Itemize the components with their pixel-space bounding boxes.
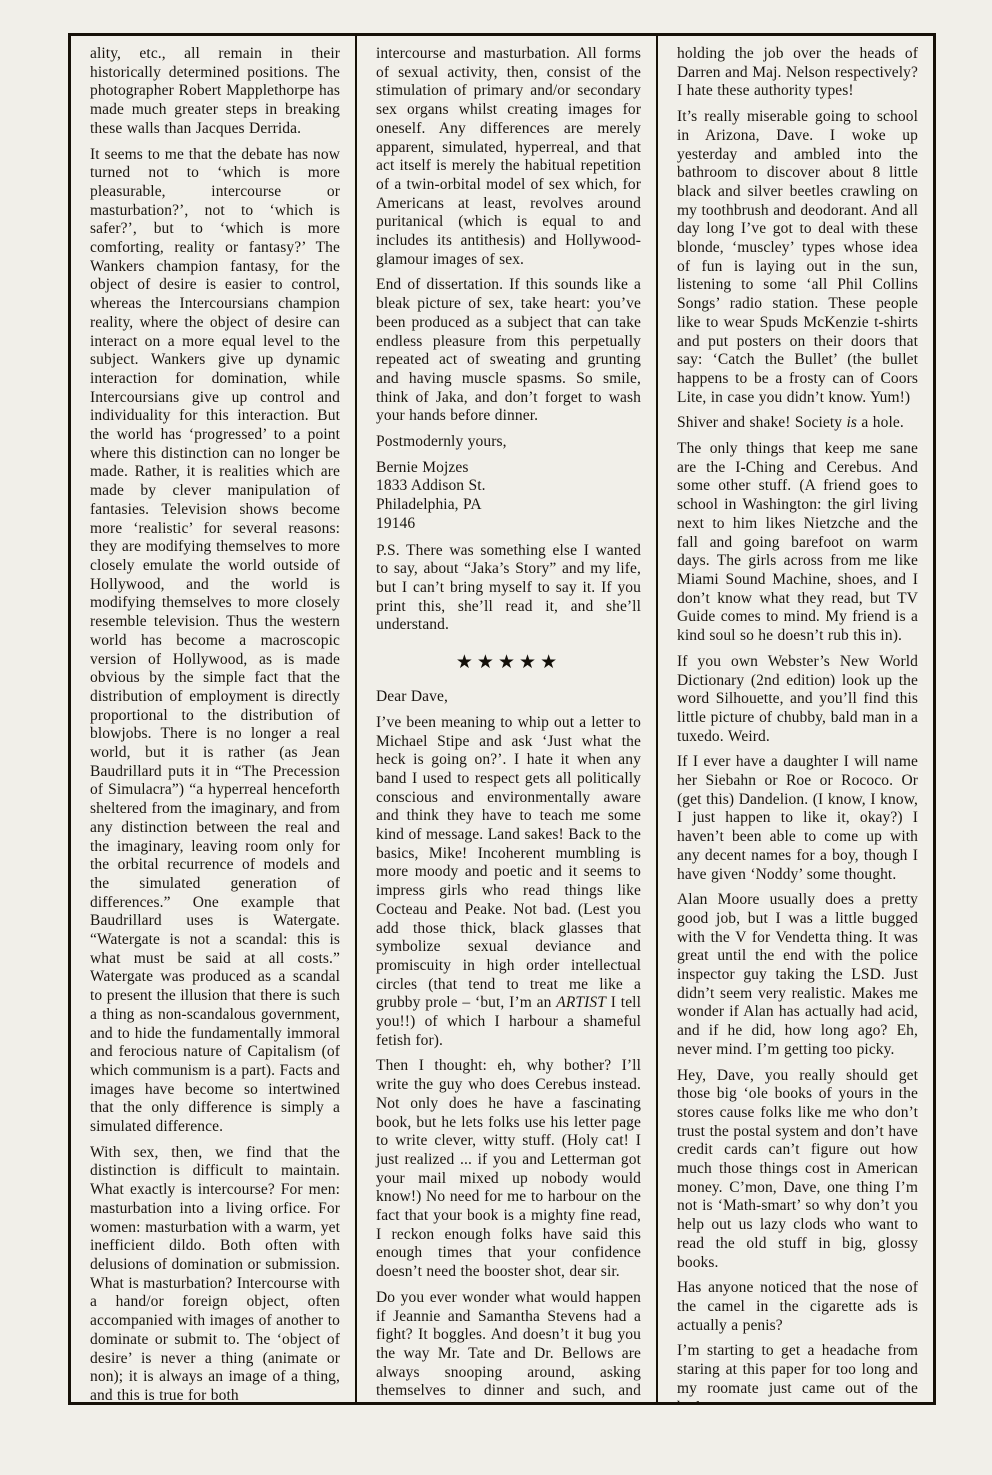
paragraph: If I ever have a daughter I will name he… (677, 753, 918, 884)
text-run: If I ever have a daughter I will name he… (677, 753, 918, 882)
paragraph: intercourse and masturbation. All forms … (376, 45, 641, 269)
text-run: If you own Webster’s New World Dictionar… (677, 653, 918, 745)
address-line: Bernie Mojzes (376, 459, 469, 476)
star-icon: ★ (540, 653, 561, 672)
column-2: intercourse and masturbation. All forms … (355, 36, 656, 1402)
paragraph: Hey, Dave, you really should get those b… (677, 1067, 918, 1273)
star-icon: ★ (498, 653, 519, 672)
paragraph: It’s really miserable going to school in… (677, 108, 918, 407)
text-run: ality, etc., all remain in their histori… (90, 45, 340, 137)
address-line: 19146 (376, 515, 415, 532)
address-line: Philadelphia, PA (376, 496, 482, 513)
paragraph: End of dissertation. If this sounds like… (376, 276, 641, 426)
text-run: Then I thought: eh, why bother? I’ll wri… (376, 1057, 641, 1280)
text-run: I’m starting to get a headache from star… (677, 1342, 918, 1402)
text-run: Postmodernly yours, (376, 433, 507, 450)
text-run: is (847, 414, 858, 431)
text-run: The only things that keep me sane are th… (677, 440, 918, 644)
paragraph: If you own Webster’s New World Dictionar… (677, 653, 918, 747)
scanned-letters-page: { "page": { "background_color": "#f1efe9… (0, 0, 992, 1475)
address-line: 1833 Addison St. (376, 477, 486, 494)
paragraph: I’ve been meaning to whip out a letter t… (376, 714, 641, 1051)
salutation: Dear Dave, (376, 688, 641, 707)
paragraph: The only things that keep me sane are th… (677, 440, 918, 646)
text-run: Do you ever wonder what would happen if … (376, 1289, 641, 1402)
salutation: Postmodernly yours, (376, 433, 641, 452)
paragraph: It seems to me that the debate has now t… (90, 146, 340, 1137)
paragraph: Has anyone noticed that the nose of the … (677, 1279, 918, 1335)
column-3: holding the job over the heads of Darren… (656, 36, 933, 1402)
column-1: ality, etc., all remain in their histori… (71, 36, 355, 1402)
star-icon: ★ (519, 653, 540, 672)
paragraph: Do you ever wonder what would happen if … (376, 1289, 641, 1402)
text-run: holding the job over the heads of Darren… (677, 45, 918, 99)
text-run: P.S. There was something else I wanted t… (376, 542, 641, 634)
text-run: I’ve been meaning to whip out a letter t… (376, 714, 641, 1012)
star-icon: ★ (477, 653, 498, 672)
paragraph: Alan Moore usually does a pretty good jo… (677, 891, 918, 1059)
text-run: ARTIST (556, 994, 606, 1011)
text-run: End of dissertation. If this sounds like… (376, 276, 641, 424)
paragraph: ality, etc., all remain in their histori… (90, 45, 340, 139)
stars-separator: ★★★★★ (376, 653, 641, 672)
paragraph: Then I thought: eh, why bother? I’ll wri… (376, 1057, 641, 1281)
text-run: intercourse and masturbation. All forms … (376, 45, 641, 268)
text-run: Has anyone noticed that the nose of the … (677, 1279, 918, 1333)
text-run: It seems to me that the debate has now t… (90, 146, 340, 1136)
text-run: a hole. (857, 414, 904, 431)
paragraph: holding the job over the heads of Darren… (677, 45, 918, 101)
text-run: Dear Dave, (376, 688, 448, 705)
text-run: Hey, Dave, you really should get those b… (677, 1067, 918, 1271)
paragraph: Shiver and shake! Society is a hole. (677, 414, 918, 433)
text-run: With sex, then, we find that the distinc… (90, 1144, 340, 1402)
text-run: Alan Moore usually does a pretty good jo… (677, 891, 918, 1058)
text-run: It’s really miserable going to school in… (677, 108, 918, 406)
text-run: Shiver and shake! Society (677, 414, 847, 431)
paragraph: P.S. There was something else I wanted t… (376, 542, 641, 636)
paragraph: With sex, then, we find that the distinc… (90, 1144, 340, 1402)
star-icon: ★ (456, 653, 477, 672)
paragraph: I’m starting to get a headache from star… (677, 1342, 918, 1402)
address-block: Bernie Mojzes1833 Addison St.Philadelphi… (376, 459, 641, 534)
letters-page-frame: ality, etc., all remain in their histori… (68, 33, 936, 1405)
